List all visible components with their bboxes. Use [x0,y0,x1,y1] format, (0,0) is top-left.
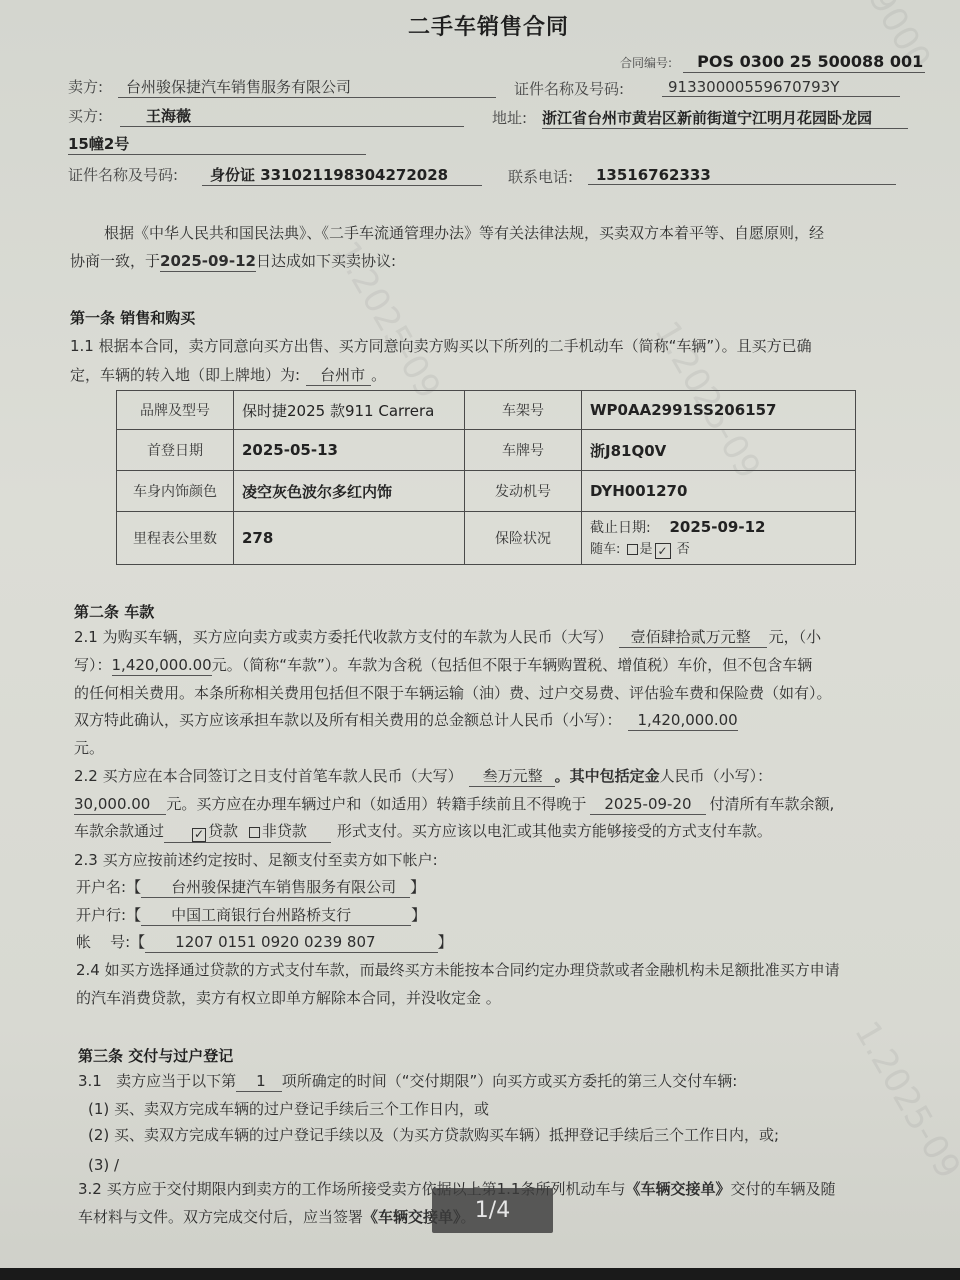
preamble-line-1: 根据《中华人民共和国民法典》、《二手车流通管理办法》等有关法律法规，买卖双方本着… [104,219,824,247]
contract-number-row: 合同编号: POS 0300 25 500088 001 [620,52,925,73]
seller-id-label: 证件名称及号码: [514,78,624,99]
text: 项所确定的时间（“交付期限”）向买方或买方委托的第三人交付车辆: [282,1072,738,1090]
text: 车款余款通过 [74,822,164,840]
vin-value: WP0AA2991SS206157 [582,391,856,430]
price-uppercase: 壹佰肆拾贰万元整 [619,627,767,648]
agreement-date: 2025-09-12 [160,251,256,272]
yes-label: 是 [640,542,653,557]
buyer-name: 王海薇 [120,105,464,127]
total-amount: 1,420,000.00 [628,710,738,731]
bank-name: 中国工商银行台州路桥支行 [141,905,411,926]
table-row: 品牌及型号 保时捷2025 款911 Carrera 车架号 WP0AA2991… [117,391,856,430]
text: 定，车辆的转入地（即上牌地）为: [70,366,300,384]
article-1-1-line-2: 定，车辆的转入地（即上牌地）为:台州市。 [70,361,386,389]
article-2-4-line-2: 的汽车消费贷款，卖方有权立即单方解除本合同，并没收定金 。 [76,984,501,1012]
account-name-row: 开户名:【台州骏保捷汽车销售服务有限公司】 [76,873,425,901]
engine-no-value: DYH001270 [582,471,856,512]
article-1-1-line-1: 1.1 根据本合同，卖方同意向买方出售、买方同意向卖方购买以下所列的二手机动车（… [70,332,812,360]
seller-name: 台州骏保捷汽车销售服务有限公司 [118,76,496,98]
phone: 13516762333 [588,166,896,185]
article-2-2-line-3: 车款余款通过✓贷款 非贷款形式支付。买方应该以电汇或其他卖方能够接受的方式支付车… [74,817,772,845]
contract-page: 19000 1.2025-09 1.2025-09 1.2025-09 二手车销… [0,0,960,1280]
account-name-label: 开户名: [76,878,126,896]
text: 元。（简称“车款”）。车款为含税（包括但不限于车辆购置税、增值税）车价，但不包含… [212,656,813,674]
preamble-text: 协商一致，于 [70,252,160,270]
table-row: 车身内饰颜色 凌空灰色波尔多红内饰 发动机号 DYH001270 [117,471,856,512]
text: 写）： [74,656,112,674]
loan-label: 贷款 [208,822,238,840]
bank-row: 开户行:【中国工商银行台州路桥支行】 [76,901,426,929]
vin-label: 车架号 [465,391,582,430]
non-loan-label: 非贷款 [262,822,307,840]
insurance-with-car-row: 随车: 是✓ 否 [590,539,847,561]
account-number-label: 帐 号: [76,933,130,951]
article-2-1-line-2: 写）：1,420,000.00元。（简称“车款”）。车款为含税（包括但不限于车辆… [74,651,812,679]
with-car-label: 随车: [590,542,620,557]
insurance-expiry-label: 截止日期: [590,520,651,536]
down-payment-uppercase: 叁万元整 [469,766,555,787]
checkbox-loan-checked[interactable]: ✓ [192,828,206,842]
text: 交付的车辆及随 [731,1180,836,1198]
address-line-2: 15幢2号 [68,133,366,155]
text: 3.1 卖方应当于以下第 [78,1072,236,1090]
article-2-1-line-3: 的任何相关费用。本条所称相关费用包括但不限于车辆运输（油）费、过户交易费、评估验… [74,679,832,707]
color-label: 车身内饰颜色 [117,471,234,512]
text: 形式支付。买方应该以电汇或其他卖方能够接受的方式支付车款。 [337,822,772,840]
balance-due-date: 2025-09-20 [590,794,705,815]
insurance-expiry-row: 截止日期: 2025-09-12 [590,516,847,539]
insurance-label: 保险状况 [465,512,582,565]
payment-method-field: ✓贷款 非贷款 [164,821,331,843]
mileage-value: 278 [234,512,465,565]
delivery-item-number: 1 [236,1071,282,1092]
article-2-heading: 第二条 车款 [74,601,154,622]
address-label: 地址: [492,107,527,128]
checkbox-yes[interactable] [627,544,638,555]
checkbox-non-loan[interactable] [249,827,260,838]
seller-id: 91330000559670793Y [662,78,900,97]
article-3-2-line-2: 车材料与文件。双方完成交付后，应当签署《车辆交接单》。 [78,1203,476,1231]
checkbox-no-checked[interactable]: ✓ [655,543,671,559]
price-lowercase: 1,420,000.00 [112,655,212,676]
text: 付清所有车款余额, [710,795,835,813]
article-2-4-line-1: 2.4 如买方选择通过贷款的方式支付车款，而最终买方未能按本合同约定办理贷款或者… [76,956,840,984]
article-2-1-line-5: 元。 [74,734,104,762]
insurance-cell: 截止日期: 2025-09-12 随车: 是✓ 否 [582,512,856,565]
engine-no-label: 发动机号 [465,471,582,512]
buyer-id-label: 证件名称及号码: [68,164,178,185]
table-row: 首登日期 2025-05-13 车牌号 浙J81Q0V [117,430,856,471]
account-name: 台州骏保捷汽车销售服务有限公司 [141,877,410,898]
seller-label: 卖方: [68,76,103,97]
handover-doc: 《车辆交接单》 [625,1180,730,1198]
document-title: 二手车销售合同 [408,10,569,41]
no-label: 否 [677,542,690,557]
account-number-row: 帐 号:【1207 0151 0920 0239 807】 [76,928,453,956]
phone-label: 联系电话: [508,166,573,187]
insurance-expiry: 2025-09-12 [670,518,766,536]
text: 双方特此确认，买方应该承担车款以及所有相关费用的总金额总计人民币（小写）： [74,711,622,729]
brand-model-label: 品牌及型号 [117,391,234,430]
address-line-1: 浙江省台州市黄岩区新前街道宁江明月花园卧龙园 [542,107,908,129]
text: 车材料与文件。双方完成交付后，应当签署 [78,1208,363,1226]
article-3-1: 3.1 卖方应当于以下第1项所确定的时间（“交付期限”）向买方或买方委托的第三人… [78,1067,737,1095]
text: 人民币（小写）： [660,767,773,785]
article-2-2-line-2: 30,000.00元。买方应在办理车辆过户和（如适用）转籍手续前且不得晚于202… [74,790,834,818]
deposit-amount: 30,000.00 [74,794,166,815]
vehicle-info-table: 品牌及型号 保时捷2025 款911 Carrera 车架号 WP0AA2991… [116,390,856,565]
contract-number: POS 0300 25 500088 001 [683,52,925,73]
article-2-1-line-4: 双方特此确认，买方应该承担车款以及所有相关费用的总金额总计人民币（小写）：1,4… [74,706,738,734]
account-number: 1207 0151 0920 0239 807 [145,932,437,953]
plate-label: 车牌号 [465,430,582,471]
article-2-2-line-1: 2.2 买方应在本合同签订之日支付首笔车款人民币（大写）叁万元整。其中包括定金人… [74,762,772,790]
deposit-note: 。其中包括定金 [555,767,660,785]
article-3-heading: 第三条 交付与过户登记 [78,1045,233,1066]
text: 。 [371,366,386,384]
table-row: 里程表公里数 278 保险状况 截止日期: 2025-09-12 随车: 是✓ … [117,512,856,565]
watermark: 1.2025-09 [846,1014,960,1185]
article-2-1-line-1: 2.1 为购买车辆，买方应向卖方或卖方委托代收款方支付的车款为人民币（大写）壹佰… [74,623,821,651]
preamble-text: 日达成如下买卖协议: [256,252,396,270]
article-2-3: 2.3 买方应按前述约定按时、足额支付至卖方如下帐户: [74,846,438,874]
bank-label: 开户行: [76,906,126,924]
contract-number-label: 合同编号: [620,56,672,70]
delivery-option-2: (2) 买、卖双方完成车辆的过户登记手续以及（为买方贷款购买车辆）抵押登记手续后… [88,1121,779,1149]
first-registration-value: 2025-05-13 [234,430,465,471]
delivery-option-1: (1) 买、卖双方完成车辆的过户登记手续后三个工作日内，或 [88,1095,489,1123]
color-value: 凌空灰色波尔多红内饰 [234,471,465,512]
text: 2.1 为购买车辆，买方应向卖方或卖方委托代收款方支付的车款为人民币（大写） [74,628,613,646]
screen-bottom-edge [0,1268,960,1280]
article-1-heading: 第一条 销售和购买 [70,307,195,328]
mileage-label: 里程表公里数 [117,512,234,565]
buyer-id: 身份证 331021198304272028 [202,164,482,186]
registration-city: 台州市 [306,365,371,386]
first-registration-label: 首登日期 [117,430,234,471]
page-indicator: 1/4 [432,1188,553,1233]
preamble-line-2: 协商一致，于2025-09-12日达成如下买卖协议: [70,247,396,275]
text: 2.2 买方应在本合同签订之日支付首笔车款人民币（大写） [74,767,463,785]
text: 元，（小 [769,628,822,646]
buyer-label: 买方: [68,105,103,126]
text: 元。买方应在办理车辆过户和（如适用）转籍手续前且不得晚于 [166,795,586,813]
brand-model-value: 保时捷2025 款911 Carrera [234,391,465,430]
plate-value: 浙J81Q0V [582,430,856,471]
